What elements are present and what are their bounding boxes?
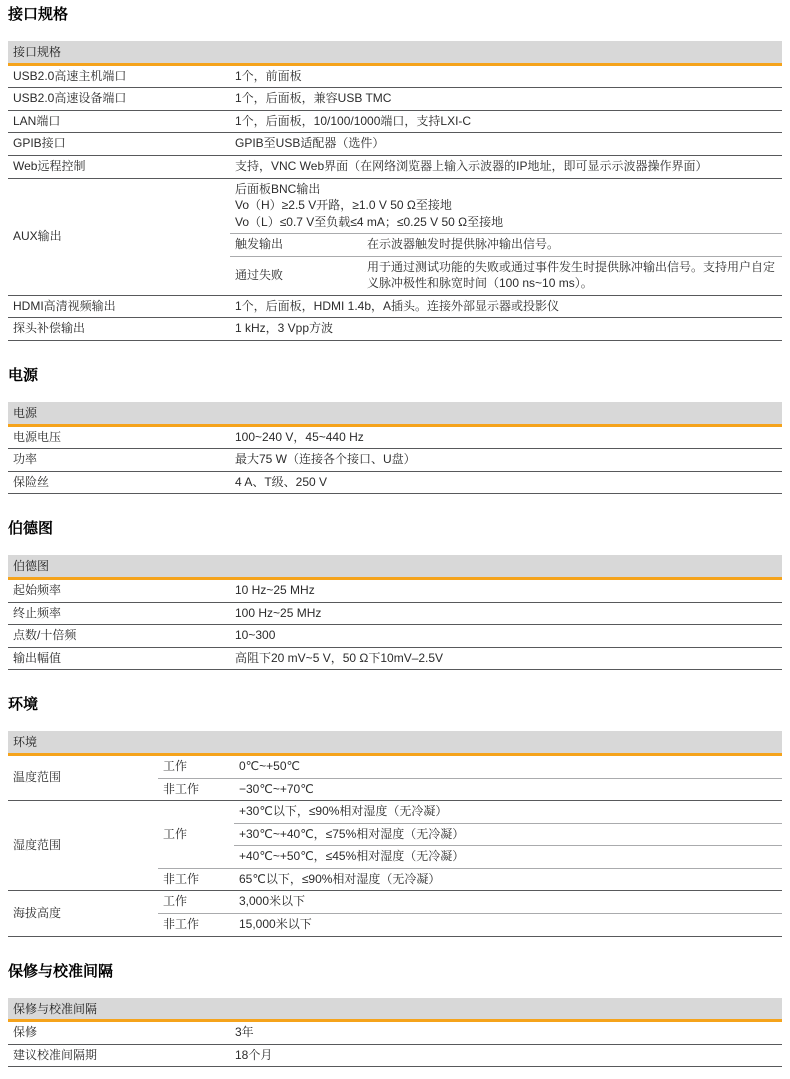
spec-value: 最大75 W（连接各个接口、U盘）: [230, 449, 782, 472]
spec-value: 1 kHz，3 Vpp方波: [230, 318, 782, 341]
spec-value: 0℃~+50℃: [234, 756, 782, 778]
aux-bnc-output-cell: 后面板BNC输出 Vo（H）≥2.5 V开路，≥1.0 V 50 Ω至接地 Vo…: [230, 178, 782, 234]
spec-sublabel: 非工作: [158, 913, 234, 936]
spec-label: 输出幅值: [8, 647, 230, 670]
table-row-aux: AUX输出 后面板BNC输出 Vo（H）≥2.5 V开路，≥1.0 V 50 Ω…: [8, 178, 782, 234]
spec-label: 保险丝: [8, 471, 230, 494]
section-title: 电源: [8, 367, 782, 385]
spec-label: HDMI高清视频输出: [8, 295, 230, 318]
table-row: 输出幅值 高阻下20 mV~5 V，50 Ω下10mV–2.5V: [8, 647, 782, 670]
spec-value: 18个月: [230, 1044, 782, 1067]
table-header: 伯德图: [8, 555, 782, 580]
spec-sublabel: 工作: [158, 891, 234, 914]
aux-bnc-line: 后面板BNC输出: [235, 181, 776, 198]
spec-sublabel: 触发输出: [230, 234, 362, 257]
spec-sublabel: 非工作: [158, 778, 234, 801]
environment-spec-table: 温度范围 工作 0℃~+50℃ 非工作 −30℃~+70℃ 湿度范围 工作 +3…: [8, 756, 782, 936]
table-row: 保险丝 4 A、T级、250 V: [8, 471, 782, 494]
section-power: 电源 电源 电源电压 100~240 V，45~440 Hz 功率 最大75 W…: [8, 367, 782, 494]
table-header: 接口规格: [8, 41, 782, 66]
spec-label: AUX输出: [8, 178, 230, 295]
spec-value: 在示波器触发时提供脉冲输出信号。: [362, 234, 782, 257]
table-row: HDMI高清视频输出 1个，后面板，HDMI 1.4b，A插头。连接外部显示器或…: [8, 295, 782, 318]
spec-label: 起始频率: [8, 580, 230, 602]
table-row: 保修 3年: [8, 1022, 782, 1044]
power-spec-table: 电源电压 100~240 V，45~440 Hz 功率 最大75 W（连接各个接…: [8, 427, 782, 495]
spec-label: 海拔高度: [8, 891, 158, 936]
aux-bnc-line: Vo（L）≤0.7 V至负载≤4 mA；≤0.25 V 50 Ω至接地: [235, 214, 776, 231]
table-row: 建议校准间隔期 18个月: [8, 1044, 782, 1067]
spec-label: USB2.0高速设备端口: [8, 88, 230, 111]
spec-sublabel: 工作: [158, 801, 234, 869]
spec-label: 功率: [8, 449, 230, 472]
spec-label: 湿度范围: [8, 801, 158, 891]
spec-value: 10 Hz~25 MHz: [230, 580, 782, 602]
spec-label: 点数/十倍频: [8, 625, 230, 648]
table-header-label: 保修与校准间隔: [13, 1002, 97, 1016]
spec-value: 100 Hz~25 MHz: [230, 602, 782, 625]
table-row: 起始频率 10 Hz~25 MHz: [8, 580, 782, 602]
spec-value: +30℃以下，≤90%相对湿度（无冷凝）: [234, 801, 782, 824]
spec-value: 1个，后面板，HDMI 1.4b，A插头。连接外部显示器或投影仪: [230, 295, 782, 318]
interface-spec-table: USB2.0高速主机端口 1个，前面板 USB2.0高速设备端口 1个，后面板，…: [8, 66, 782, 341]
section-title: 接口规格: [8, 6, 782, 24]
table-row: 功率 最大75 W（连接各个接口、U盘）: [8, 449, 782, 472]
spec-label: Web远程控制: [8, 155, 230, 178]
spec-value: 100~240 V，45~440 Hz: [230, 427, 782, 449]
table-row-temperature: 温度范围 工作 0℃~+50℃: [8, 756, 782, 778]
spec-value: 1个，前面板: [230, 66, 782, 88]
table-header: 电源: [8, 402, 782, 427]
table-row: USB2.0高速主机端口 1个，前面板: [8, 66, 782, 88]
table-row: 点数/十倍频 10~300: [8, 625, 782, 648]
table-row: LAN端口 1个，后面板，10/100/1000端口，支持LXI-C: [8, 110, 782, 133]
table-header-label: 伯德图: [13, 559, 49, 573]
spec-document-page: 接口规格 接口规格 USB2.0高速主机端口 1个，前面板 USB2.0高速设备…: [0, 0, 790, 1079]
spec-value: −30℃~+70℃: [234, 778, 782, 801]
spec-value: 高阻下20 mV~5 V，50 Ω下10mV–2.5V: [230, 647, 782, 670]
section-title: 保修与校准间隔: [8, 963, 782, 981]
spec-sublabel: 工作: [158, 756, 234, 778]
aux-bnc-line: Vo（H）≥2.5 V开路，≥1.0 V 50 Ω至接地: [235, 197, 776, 214]
spec-value: 65℃以下，≤90%相对湿度（无冷凝）: [234, 868, 782, 891]
table-row-altitude: 海拔高度 工作 3,000米以下: [8, 891, 782, 914]
spec-label: 探头补偿输出: [8, 318, 230, 341]
table-header-label: 接口规格: [13, 45, 61, 59]
table-row-humidity: 湿度范围 工作 +30℃以下，≤90%相对湿度（无冷凝）: [8, 801, 782, 824]
spec-value: 支持，VNC Web界面（在网络浏览器上输入示波器的IP地址，即可显示示波器操作…: [230, 155, 782, 178]
spec-value: 10~300: [230, 625, 782, 648]
spec-value: 用于通过测试功能的失败或通过事件发生时提供脉冲输出信号。支持用户自定义脉冲极性和…: [362, 256, 782, 295]
spec-label: 电源电压: [8, 427, 230, 449]
section-interface: 接口规格 接口规格 USB2.0高速主机端口 1个，前面板 USB2.0高速设备…: [8, 6, 782, 341]
section-warranty: 保修与校准间隔 保修与校准间隔 保修 3年 建议校准间隔期 18个月: [8, 963, 782, 1068]
table-row: USB2.0高速设备端口 1个，后面板，兼容USB TMC: [8, 88, 782, 111]
spec-value: 4 A、T级、250 V: [230, 471, 782, 494]
table-header-label: 电源: [13, 406, 37, 420]
spec-label: LAN端口: [8, 110, 230, 133]
spec-value: 3,000米以下: [234, 891, 782, 914]
spec-value: 1个，后面板，10/100/1000端口，支持LXI-C: [230, 110, 782, 133]
spec-value: 3年: [230, 1022, 782, 1044]
table-row: 探头补偿输出 1 kHz，3 Vpp方波: [8, 318, 782, 341]
spec-sublabel: 通过失败: [230, 256, 362, 295]
table-row: 终止频率 100 Hz~25 MHz: [8, 602, 782, 625]
spec-sublabel: 非工作: [158, 868, 234, 891]
spec-label: 保修: [8, 1022, 230, 1044]
spec-label: GPIB接口: [8, 133, 230, 156]
spec-value: 15,000米以下: [234, 913, 782, 936]
section-environment: 环境 环境 温度范围 工作 0℃~+50℃ 非工作 −30℃~+70℃ 湿度范围…: [8, 696, 782, 936]
spec-value: +30℃~+40℃，≤75%相对湿度（无冷凝）: [234, 823, 782, 846]
section-title: 伯德图: [8, 520, 782, 538]
spec-label: 终止频率: [8, 602, 230, 625]
spec-label: USB2.0高速主机端口: [8, 66, 230, 88]
section-bode: 伯德图 伯德图 起始频率 10 Hz~25 MHz 终止频率 100 Hz~25…: [8, 520, 782, 670]
spec-label: 温度范围: [8, 756, 158, 801]
warranty-spec-table: 保修 3年 建议校准间隔期 18个月: [8, 1022, 782, 1067]
table-row: Web远程控制 支持，VNC Web界面（在网络浏览器上输入示波器的IP地址，即…: [8, 155, 782, 178]
bode-spec-table: 起始频率 10 Hz~25 MHz 终止频率 100 Hz~25 MHz 点数/…: [8, 580, 782, 670]
spec-label: 建议校准间隔期: [8, 1044, 230, 1067]
table-header: 环境: [8, 731, 782, 756]
table-row: 电源电压 100~240 V，45~440 Hz: [8, 427, 782, 449]
spec-value: +40℃~+50℃，≤45%相对湿度（无冷凝）: [234, 846, 782, 869]
spec-value: GPIB至USB适配器（选件）: [230, 133, 782, 156]
table-row: GPIB接口 GPIB至USB适配器（选件）: [8, 133, 782, 156]
table-header-label: 环境: [13, 735, 37, 749]
section-title: 环境: [8, 696, 782, 714]
spec-value: 1个，后面板，兼容USB TMC: [230, 88, 782, 111]
table-header: 保修与校准间隔: [8, 998, 782, 1023]
